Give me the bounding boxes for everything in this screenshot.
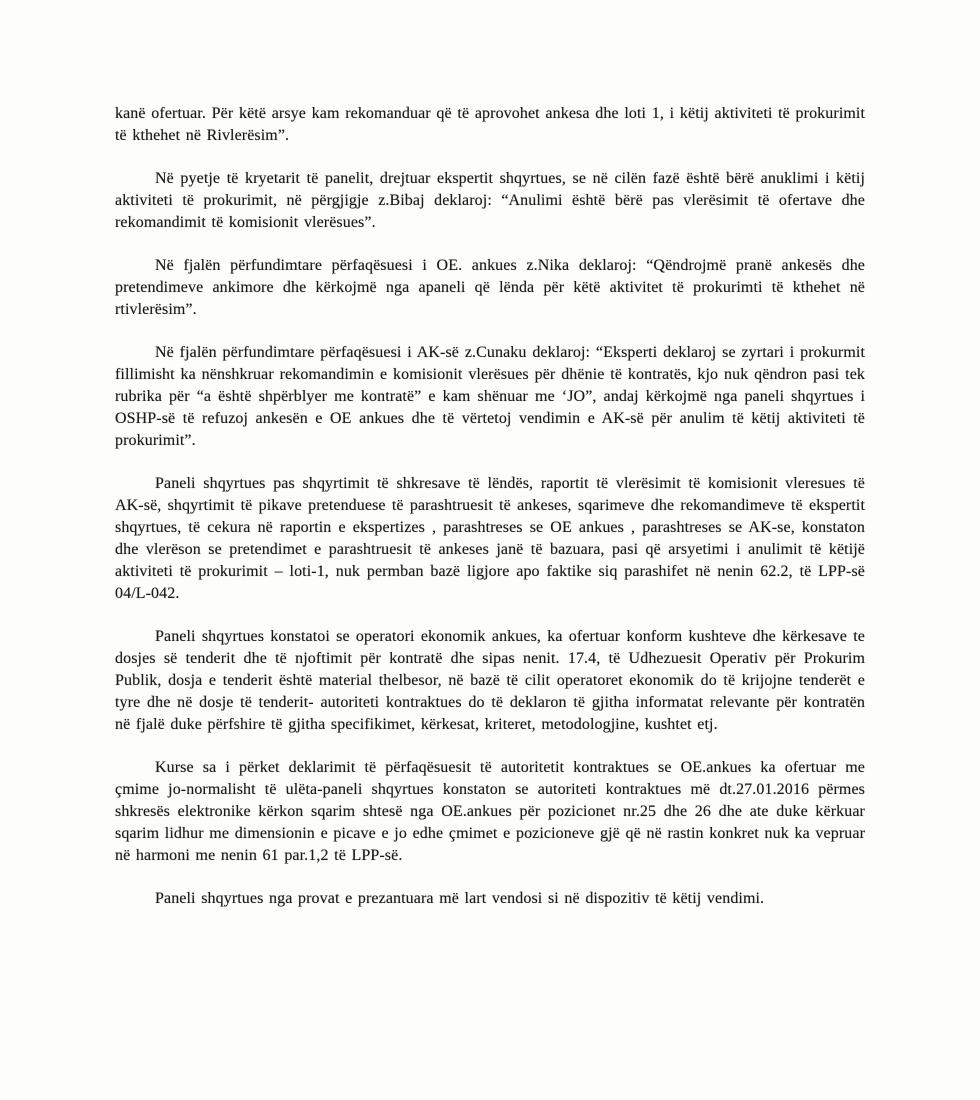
paragraph: Paneli shqyrtues konstatoi se operatori …	[115, 626, 865, 736]
paragraph: Paneli shqyrtues pas shqyrtimit të shkre…	[115, 473, 865, 605]
paragraph: Në fjalën përfundimtare përfaqësuesi i A…	[115, 342, 865, 452]
document-page: kanë ofertuar. Për këtë arsye kam rekoma…	[0, 0, 980, 1100]
paragraph: Në fjalën përfundimtare përfaqësuesi i O…	[115, 255, 865, 321]
paragraph: Kurse sa i përket deklarimit të përfaqës…	[115, 757, 865, 867]
paragraph: kanë ofertuar. Për këtë arsye kam rekoma…	[115, 103, 865, 147]
paragraph: Në pyetje të kryetarit të panelit, drejt…	[115, 168, 865, 234]
document-text-block: kanë ofertuar. Për këtë arsye kam rekoma…	[115, 103, 865, 910]
paragraph: Paneli shqyrtues nga provat e prezantuar…	[115, 888, 865, 910]
